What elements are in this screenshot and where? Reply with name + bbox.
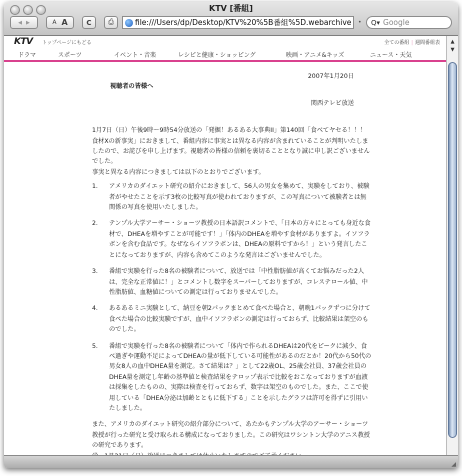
- list-item: 4.あるあるミニ実験として、納豆を朝2パックまとめて食べた場合と、朝晩1パックず…: [92, 304, 372, 335]
- item-text: 番組で実験を行った8名の被験者について「体内で作られるDHEAは20代をピークに…: [109, 343, 371, 412]
- search-field[interactable]: Q▾ Google: [366, 16, 452, 29]
- nav-news-weather[interactable]: ニュース・天気: [370, 50, 412, 59]
- scroll-thumb[interactable]: [448, 62, 457, 438]
- top-page-link[interactable]: トップページにもどる: [42, 39, 92, 46]
- item-number: 2.: [92, 219, 98, 229]
- globe-icon: [125, 19, 133, 27]
- list-item: 5.番組で実験を行った8名の被験者について「体内で作られるDHEAは20代をピー…: [92, 342, 372, 415]
- header-right-links: 全ての番組|週間番組表: [384, 39, 440, 46]
- item-number: 5.: [92, 342, 98, 352]
- article-org: 関西テレビ放送: [92, 99, 372, 109]
- back-forward-group: ◀ ▶: [10, 16, 38, 29]
- reload-icon: C: [86, 19, 91, 27]
- browser-window: KTV [番組] ◀ ▶ A A C ⎙ file:///Users/dp/De…: [4, 2, 458, 468]
- scroll-down-arrow-icon[interactable]: ▼: [447, 46, 458, 54]
- list-item: 2.テンプル大学アーサー・ショーツ教授の日本語訳コメントで、「日本の方々にとって…: [92, 219, 372, 261]
- site-header: KTV トップページにもどる 全ての番組|週間番組表 ドラマ スポーツ イベント…: [4, 36, 446, 62]
- text-smaller-button[interactable]: A: [52, 19, 56, 26]
- address-bar[interactable]: file:///Users/dp/Desktop/KTV%20%5B番組%5D.…: [122, 16, 354, 29]
- article-outro: また、アメリカのダイエット研究の紹介部分について、あたかもテンプル大学のアーサー…: [92, 420, 372, 451]
- text-size-group: A A: [46, 16, 74, 29]
- category-nav: ドラマ スポーツ イベント・音楽 レシピと健康・ショッピング 映画・アニメ&キッ…: [18, 50, 440, 59]
- vertical-scrollbar[interactable]: ▲ ▼: [446, 36, 458, 455]
- item-text: テンプル大学アーサー・ショーツ教授の日本語訳コメントで、「日本の方々にとっても身…: [109, 220, 371, 258]
- article-date: 2007年1月20日: [92, 72, 372, 82]
- ktv-logo[interactable]: KTV: [14, 37, 33, 47]
- weekly-schedule-link[interactable]: 週間番組表: [415, 40, 440, 46]
- item-number: 3.: [92, 267, 98, 277]
- search-placeholder: Google: [383, 18, 409, 27]
- item-text: アメリカのダイエット研究の紹介におきまして、56人の男女を集めて、実験をしており…: [109, 183, 369, 211]
- forward-button[interactable]: ▶: [26, 20, 30, 26]
- article-intro: 1月7日（日）午後9時～9時54分放送の「発掘！あるある大事典II」第140回「…: [92, 126, 372, 168]
- url-text: file:///Users/dp/Desktop/KTV%20%5B番組%5D.…: [135, 17, 351, 28]
- item-number: 4.: [92, 304, 98, 314]
- link-divider: |: [411, 40, 413, 46]
- all-programs-link[interactable]: 全ての番組: [384, 40, 409, 46]
- item-text: 番組で実験を行った8名の被験者について、放送では「中性脂肪値が高くてお悩みだった…: [109, 268, 368, 296]
- snapback-icon[interactable]: •: [358, 19, 362, 26]
- web-page: KTV トップページにもどる 全ての番組|週間番組表 ドラマ スポーツ イベント…: [4, 36, 446, 455]
- nav-event-music[interactable]: イベント・音楽: [114, 50, 178, 59]
- resize-grip-icon[interactable]: ◢: [451, 461, 456, 468]
- print-button[interactable]: ⎙: [104, 16, 118, 29]
- text-larger-button[interactable]: A: [61, 18, 67, 27]
- browser-toolbar: KTV [番組] ◀ ▶ A A C ⎙ file:///Users/dp/De…: [4, 2, 458, 36]
- list-item: 1.アメリカのダイエット研究の紹介におきまして、56人の男女を集めて、実験をして…: [92, 182, 372, 213]
- print-icon: ⎙: [108, 18, 114, 27]
- nav-sports[interactable]: スポーツ: [58, 50, 114, 59]
- search-icon: Q▾: [371, 19, 380, 27]
- scroll-up-arrow-icon[interactable]: ▲: [447, 38, 458, 46]
- back-button[interactable]: ◀: [18, 20, 22, 26]
- item-text: あるあるミニ実験として、納豆を朝2パックまとめて食べた場合と、朝晩1パックずつに…: [109, 305, 370, 333]
- item-number: 1.: [92, 182, 98, 192]
- article-intro-2: 事実と異なる内容につきましては以下のとおりでございます。: [92, 168, 372, 178]
- reload-button[interactable]: C: [82, 16, 96, 29]
- nav-recipe-health-shopping[interactable]: レシピと健康・ショッピング: [178, 50, 286, 59]
- article: 2007年1月20日 視聴者の皆様へ 関西テレビ放送 1月7日（日）午後9時～9…: [92, 72, 372, 455]
- article-heading: 視聴者の皆様へ: [110, 82, 372, 92]
- list-item: 3.番組で実験を行った8名の被験者について、放送では「中性脂肪値が高くてお悩みだ…: [92, 267, 372, 298]
- correction-list: 1.アメリカのダイエット研究の紹介におきまして、56人の男女を集めて、実験をして…: [92, 182, 372, 414]
- nav-movie-anime-kids[interactable]: 映画・アニメ&キッズ: [286, 50, 370, 59]
- nav-drama[interactable]: ドラマ: [18, 50, 58, 59]
- window-title: KTV [番組]: [4, 3, 458, 14]
- window-bottom-bar: ◢: [4, 455, 458, 468]
